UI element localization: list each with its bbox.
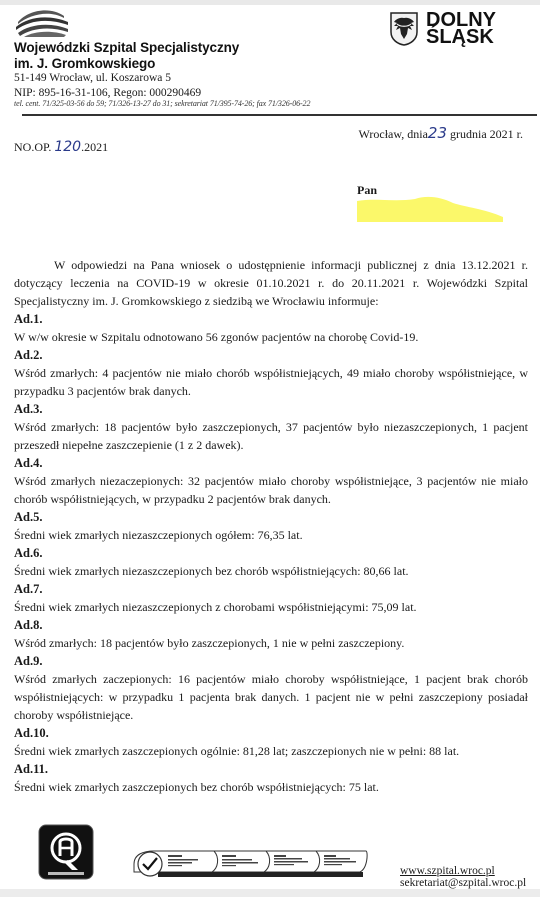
date-prefix: Wrocław, dnia xyxy=(359,127,428,141)
section-label: Ad.6. xyxy=(14,544,528,562)
section-text: Średni wiek zmarłych zaszczepionych bez … xyxy=(14,778,528,796)
section-label: Ad.5. xyxy=(14,508,528,526)
institution-address: 51-149 Wrocław, ul. Koszarowa 5 NIP: 895… xyxy=(14,71,201,100)
section-label: Ad.2. xyxy=(14,346,528,364)
hospital-wave-logo-icon xyxy=(14,8,70,38)
section-label: Ad.11. xyxy=(14,760,528,778)
section-text: Wśród zmarłych: 4 pacjentów nie miało ch… xyxy=(14,364,528,400)
section-ad5: Ad.5. Średni wiek zmarłych niezaszczepio… xyxy=(14,508,528,544)
letter-body: W odpowiedzi na Pana wniosek o udostępni… xyxy=(14,256,528,796)
aq-quality-certificate-icon xyxy=(38,824,94,880)
letter-date: Wrocław, dnia23 grudnia 2021 r. xyxy=(359,124,523,142)
section-text: Średni wiek zmarłych zaszczepionych ogól… xyxy=(14,742,528,760)
phone-numbers: tel. cent. 71/325-03-56 do 59; 71/326-13… xyxy=(14,99,310,108)
section-text: Wśród zmarłych: 18 pacjentów było zaszcz… xyxy=(14,634,528,652)
section-ad2: Ad.2. Wśród zmarłych: 4 pacjentów nie mi… xyxy=(14,346,528,400)
footer-contacts: www.szpital.wroc.pl sekretariat@szpital.… xyxy=(400,865,526,889)
section-label: Ad.3. xyxy=(14,400,528,418)
section-ad6: Ad.6. Średni wiek zmarłych niezaszczepio… xyxy=(14,544,528,580)
letter-intro: W odpowiedzi na Pana wniosek o udostępni… xyxy=(14,256,528,310)
section-ad3: Ad.3. Wśród zmarłych: 18 pacjentów było … xyxy=(14,400,528,454)
section-text: W w/w okresie w Szpitalu odnotowano 56 z… xyxy=(14,328,528,346)
redacted-recipient-name xyxy=(355,195,505,223)
reference-number: NO.OP. 120.2021 xyxy=(14,139,108,155)
section-label: Ad.9. xyxy=(14,652,528,670)
section-label: Ad.1. xyxy=(14,310,528,328)
section-ad10: Ad.10. Średni wiek zmarłych zaszczepiony… xyxy=(14,724,528,760)
section-ad8: Ad.8. Wśród zmarłych: 18 pacjentów było … xyxy=(14,616,528,652)
region-name: DOLNY ŚLĄSK xyxy=(426,12,496,46)
section-text: Wśród zmarłych: 18 pacjentów było zaszcz… xyxy=(14,418,528,454)
region-name-line2: ŚLĄSK xyxy=(426,29,496,46)
email-link[interactable]: sekretariat@szpital.wroc.pl xyxy=(400,877,526,889)
street-address: 51-149 Wrocław, ul. Koszarowa 5 xyxy=(14,71,201,86)
section-ad1: Ad.1. W w/w okresie w Szpitalu odnotowan… xyxy=(14,310,528,346)
management-systems-certification-badges-icon xyxy=(130,848,370,880)
section-ad4: Ad.4. Wśród zmarłych niezaczepionych: 32… xyxy=(14,454,528,508)
institution-name-line2: im. J. Gromkowskiego xyxy=(14,56,239,72)
institution-name: Wojewódzki Szpital Specjalistyczny im. J… xyxy=(14,40,239,72)
silesian-eagle-crest-icon xyxy=(390,12,418,46)
section-label: Ad.10. xyxy=(14,724,528,742)
nip-regon: NIP: 895-16-31-106, Regon: 000290469 xyxy=(14,86,201,101)
institution-name-line1: Wojewódzki Szpital Specjalistyczny xyxy=(14,40,239,56)
section-text: Średni wiek zmarłych niezaszczepionych o… xyxy=(14,526,528,544)
section-label: Ad.4. xyxy=(14,454,528,472)
reference-prefix: NO.OP. xyxy=(14,140,51,154)
handwritten-reference-number: 120 xyxy=(54,139,81,155)
handwritten-day: 23 xyxy=(428,124,447,142)
date-suffix: grudnia 2021 r. xyxy=(450,127,523,141)
scan-bottom-edge xyxy=(0,889,540,897)
section-text: Wśród zmarłych zaczepionych: 16 pacjentó… xyxy=(14,670,528,724)
reference-suffix: .2021 xyxy=(81,140,108,154)
section-label: Ad.7. xyxy=(14,580,528,598)
section-text: Wśród zmarłych niezaczepionych: 32 pacje… xyxy=(14,472,528,508)
website-link[interactable]: www.szpital.wroc.pl xyxy=(400,865,526,877)
section-text: Średni wiek zmarłych niezaszczepionych z… xyxy=(14,598,528,616)
dolny-slask-logo: DOLNY ŚLĄSK xyxy=(390,12,496,46)
section-label: Ad.8. xyxy=(14,616,528,634)
section-text: Średni wiek zmarłych niezaszczepionych b… xyxy=(14,562,528,580)
header-divider xyxy=(22,114,537,116)
section-ad7: Ad.7. Średni wiek zmarłych niezaszczepio… xyxy=(14,580,528,616)
section-ad9: Ad.9. Wśród zmarłych zaczepionych: 16 pa… xyxy=(14,652,528,724)
section-ad11: Ad.11. Średni wiek zmarłych zaszczepiony… xyxy=(14,760,528,796)
scan-top-edge xyxy=(0,0,540,5)
